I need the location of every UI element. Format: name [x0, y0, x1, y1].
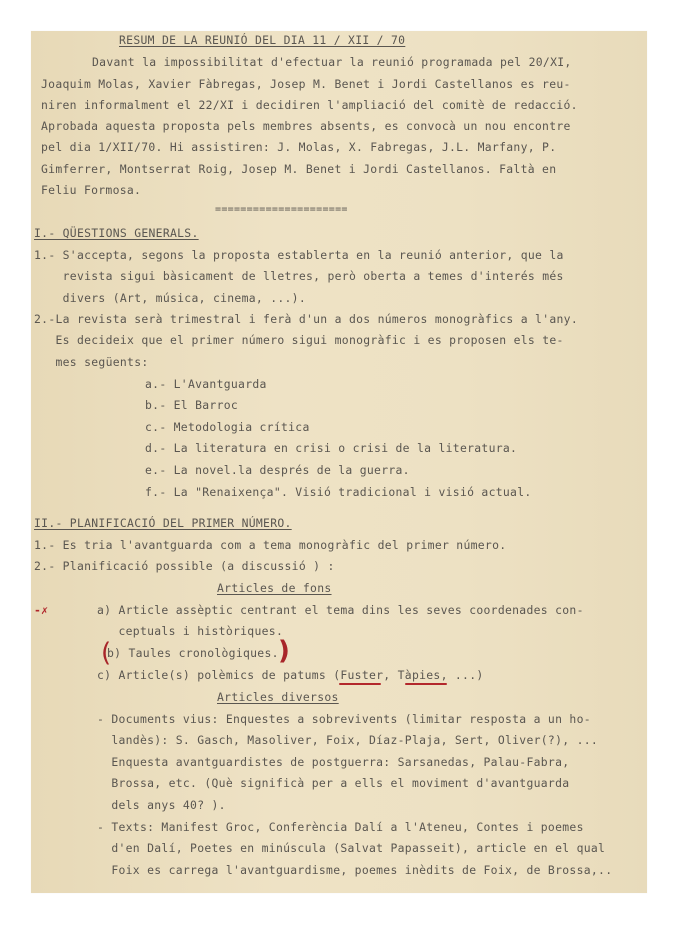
theme-item: d.- La literatura en crisi o crisi de la…	[145, 441, 517, 455]
section1-line: mes següents:	[34, 355, 149, 369]
diversos-item: dels anys 40? ).	[97, 798, 226, 812]
document-title: RESUM DE LA REUNIÓ DEL DIA 11 / XII / 70	[119, 33, 405, 47]
intro-line: Joaquim Molas, Xavier Fàbregas, Josep M.…	[41, 77, 571, 91]
diversos-item: Enquesta avantguardistes de postguerra: …	[97, 755, 569, 769]
intro-line: Gimferrer, Montserrat Roig, Josep M. Ben…	[41, 162, 556, 176]
section2-line: 1.- Es tria l'avantguarda com a tema mon…	[34, 538, 506, 552]
section1-line: revista sigui bàsicament de lletres, per…	[34, 269, 564, 283]
intro-line: Aprobada aquesta proposta pels membres a…	[41, 119, 571, 133]
intro-line: niren informalment el 22/XI i decidiren …	[41, 98, 578, 112]
cross-mark-icon: -✗	[34, 603, 48, 617]
theme-item: f.- La "Renaixença". Visió tradicional i…	[145, 485, 532, 499]
red-close-paren-mark: )	[278, 638, 290, 664]
section1-line: Es decideix que el primer número sigui m…	[34, 333, 564, 347]
intro-line: Davant la impossibilitat d'efectuar la r…	[92, 55, 572, 69]
fons-item: a) Article assèptic centrant el tema din…	[97, 603, 584, 617]
theme-item: b.- El Barroc	[145, 398, 238, 412]
theme-item: e.- La novel.la després de la guerra.	[145, 463, 410, 477]
fons-item: b) Taules cronològiques.	[107, 646, 279, 660]
fons-item: ceptuals i històriques.	[97, 624, 283, 638]
subheading-articles-diversos: Articles diversos	[217, 690, 339, 704]
theme-item: a.- L'Avantguarda	[145, 377, 267, 391]
diversos-item: Brossa, etc. (Què significà per a ells e…	[97, 776, 569, 790]
red-underline-fuster	[339, 683, 381, 685]
fons-item: c) Article(s) polèmics de patums (Fuster…	[97, 668, 484, 682]
intro-line: Feliu Formosa.	[41, 183, 141, 197]
diversos-item: d'en Dalí, Poetes en minúscula (Salvat P…	[97, 841, 605, 855]
document-page: RESUM DE LA REUNIÓ DEL DIA 11 / XII / 70…	[31, 31, 647, 893]
subheading-articles-de-fons: Articles de fons	[217, 581, 332, 595]
red-underline-tapies	[405, 683, 447, 685]
section2-heading: II.- PLANIFICACIÓ DEL PRIMER NÚMERO.	[34, 516, 292, 530]
section2-line: 2.- Planificació possible (a discussió )…	[34, 559, 335, 573]
section1-heading: I.- QÜESTIONS GENERALS.	[34, 226, 199, 240]
intro-line: pel dia 1/XII/70. Hi assistiren: J. Mola…	[41, 140, 556, 154]
section1-line: divers (Art, música, cinema, ...).	[34, 291, 306, 305]
section1-line: 2.-La revista serà trimestral i ferà d'u…	[34, 312, 578, 326]
section1-line: 1.- S'accepta, segons la proposta establ…	[34, 248, 564, 262]
diversos-item: Foix es carrega l'avantguardisme, poemes…	[97, 863, 612, 877]
diversos-item: - Documents vius: Enquestes a sobreviven…	[97, 712, 591, 726]
theme-item: c.- Metodologia crítica	[145, 420, 310, 434]
diversos-item: - Texts: Manifest Groc, Conferència Dalí…	[97, 820, 584, 834]
separator: =====================	[215, 203, 348, 217]
diversos-item: landès): S. Gasch, Masoliver, Foix, Díaz…	[97, 733, 598, 747]
